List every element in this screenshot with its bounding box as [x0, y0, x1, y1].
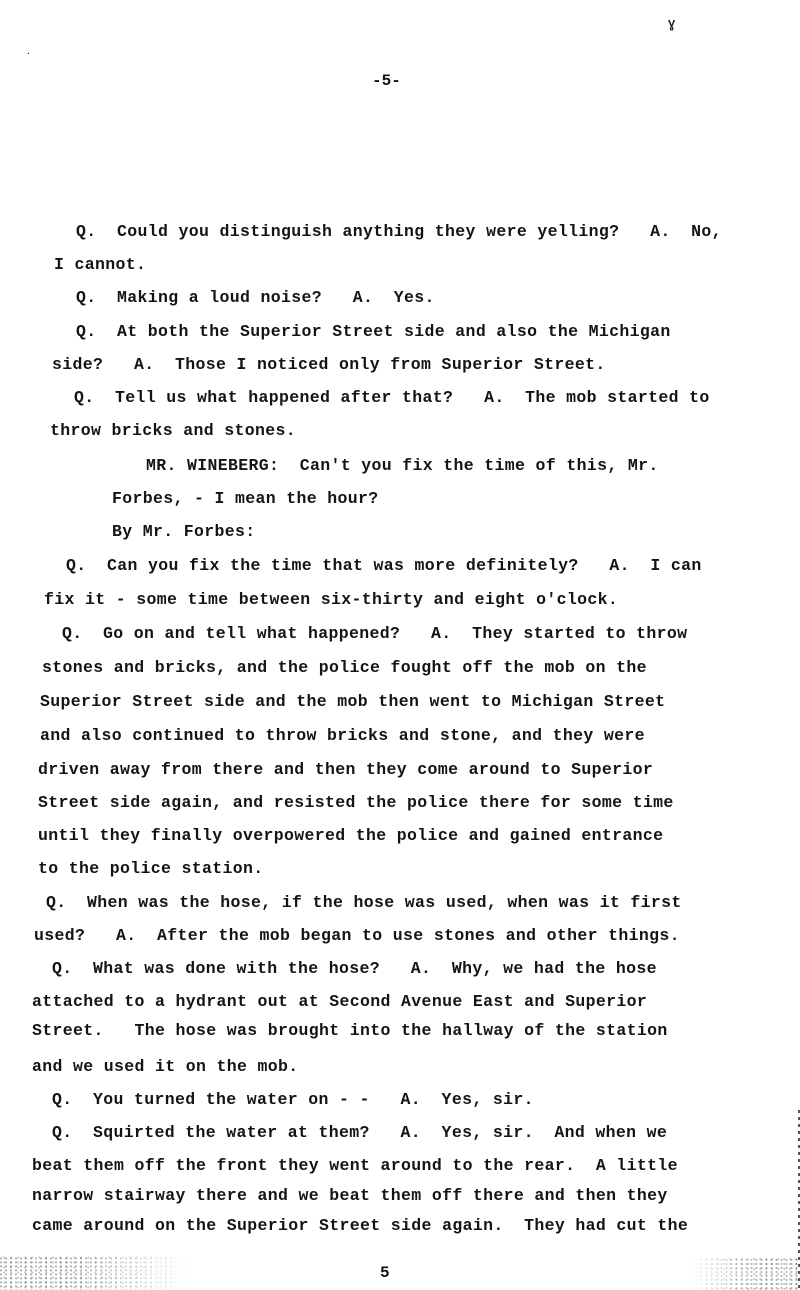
transcript-line: Q. You turned the water on - - A. Yes, s…: [52, 1090, 534, 1110]
transcript-line: to the police station.: [38, 859, 264, 879]
transcript-line: Forbes, - I mean the hour?: [112, 489, 379, 509]
corner-mark: Ɣ: [668, 18, 675, 32]
transcript-line: beat them off the front they went around…: [32, 1156, 678, 1176]
transcript-line: and we used it on the mob.: [32, 1057, 299, 1077]
transcript-line: Q. At both the Superior Street side and …: [76, 322, 671, 342]
transcript-line: attached to a hydrant out at Second Aven…: [32, 992, 647, 1012]
transcript-line: used? A. After the mob began to use ston…: [34, 926, 680, 946]
scan-noise-left: [0, 1256, 190, 1290]
transcript-line: Q. Squirted the water at them? A. Yes, s…: [52, 1123, 667, 1143]
transcript-line: Q. Making a loud noise? A. Yes.: [76, 288, 435, 308]
transcript-line: Superior Street side and the mob then we…: [40, 692, 665, 712]
transcript-line: Q. Go on and tell what happened? A. They…: [62, 624, 687, 644]
transcript-line: I cannot.: [54, 255, 146, 275]
transcript-line: Street. The hose was brought into the ha…: [32, 1021, 668, 1041]
scan-speck: .: [26, 48, 31, 57]
page-number-header: -5-: [372, 72, 401, 90]
transcript-line: and also continued to throw bricks and s…: [40, 726, 645, 746]
transcript-line: throw bricks and stones.: [50, 421, 296, 441]
transcript-line: Street side again, and resisted the poli…: [38, 793, 674, 813]
transcript-line: driven away from there and then they com…: [38, 760, 653, 780]
transcript-line: By Mr. Forbes:: [112, 522, 256, 542]
transcript-line: side? A. Those I noticed only from Super…: [52, 355, 606, 375]
transcript-line: Q. What was done with the hose? A. Why, …: [52, 959, 657, 979]
transcript-page: Ɣ . -5- Q. Could you distinguish anythin…: [0, 0, 800, 1290]
transcript-line: fix it - some time between six-thirty an…: [44, 590, 618, 610]
transcript-line: Q. Could you distinguish anything they w…: [76, 222, 766, 242]
transcript-line: Q. When was the hose, if the hose was us…: [46, 893, 682, 913]
scan-noise-right: [690, 1258, 800, 1290]
page-number-footer: 5: [380, 1264, 390, 1282]
transcript-line: came around on the Superior Street side …: [32, 1216, 688, 1236]
transcript-line: MR. WINEBERG: Can't you fix the time of …: [146, 456, 659, 476]
transcript-line: Q. Can you fix the time that was more de…: [66, 556, 702, 576]
transcript-line: narrow stairway there and we beat them o…: [32, 1186, 668, 1206]
transcript-line: stones and bricks, and the police fought…: [42, 658, 647, 678]
transcript-line: Q. Tell us what happened after that? A. …: [74, 388, 710, 408]
transcript-line: until they finally overpowered the polic…: [38, 826, 663, 846]
